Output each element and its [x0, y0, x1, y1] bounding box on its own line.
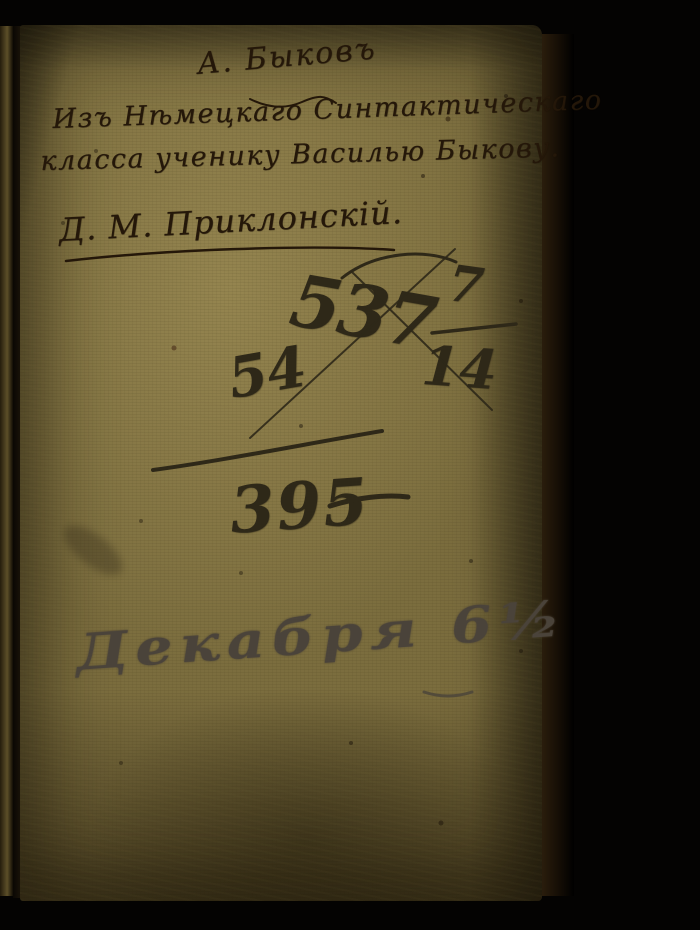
number-54: 54 — [224, 338, 310, 407]
fraction-numerator: 7 — [445, 258, 486, 312]
previous-page-edge — [0, 26, 13, 896]
paper-specks — [0, 0, 2, 2]
manuscript-photo: А. Быковъ Изъ Нѣмецкаго Синтактическаго … — [0, 0, 700, 930]
number-395: 395 — [228, 470, 372, 544]
fraction-denominator: 14 — [420, 338, 499, 397]
